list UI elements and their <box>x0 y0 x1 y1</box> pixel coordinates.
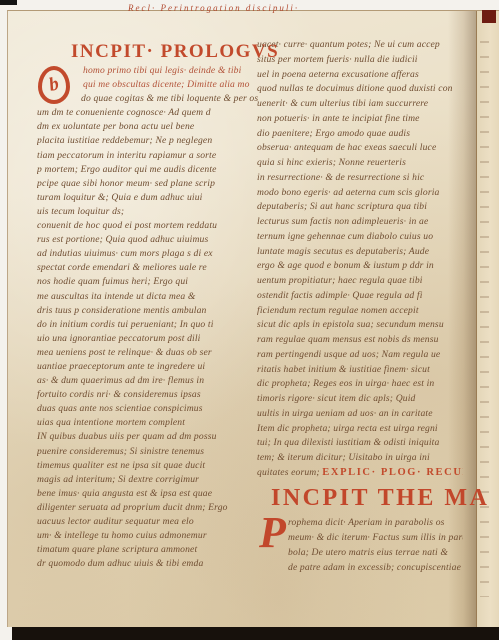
text-line: deputaberis; Si aut hanc scriptura qua t… <box>257 200 463 215</box>
text-line: uio una ignorantiae peccatorum post dili <box>37 332 261 346</box>
text-line: dio paenitere; Ergo amodo quae audis <box>257 127 463 142</box>
text-line: dic propheta; Reges eos in uirga· haec e… <box>257 377 463 392</box>
text-line: ficiendum rectum regulae nomen accepit <box>257 304 463 319</box>
text-line: uentum propitiatur; haec regula quae tib… <box>257 274 463 289</box>
text-line: duas quas ante nos scientiae conspicimus <box>37 402 261 416</box>
text-line: uis tecum loquitur ds; <box>37 205 261 219</box>
text-line: timatum quare plane scriptura ammonet <box>37 543 261 557</box>
text-line: ram regulae quam mensus est nobis ds men… <box>257 333 463 348</box>
text-line: sicut dic apls in epistola sua; secundum… <box>257 318 463 333</box>
text-line: placita iustitiae reddebemur; Ne p negle… <box>37 134 261 148</box>
right-text-column: uacet· curre· quantum potes; Ne ui cum a… <box>257 38 463 575</box>
prologue-heading: INCPIT· PROLOGVS <box>71 40 261 64</box>
text-line: me auscultas ita intende ut dicta mea & <box>37 290 261 304</box>
text-line: qui me obscultas dicente; Dimitte alia m… <box>37 78 261 92</box>
text-line: dr quomodo dum adhuc uiuis & tibi emda <box>37 557 261 571</box>
text-line: bene imus· quia angusta est & ipsa est q… <box>37 487 261 501</box>
text-line: ternum igne gehennae cum diabolo cuius u… <box>257 230 463 245</box>
text-line: tiam peccatorum in interitu rapiamur a s… <box>37 149 261 163</box>
text-line: dris tuus p consideratione mentis ambula… <box>37 304 261 318</box>
text-line: spectat corde emendari & meliores uale r… <box>37 261 261 275</box>
text-line: as· & dum quaerimus ad dm ire· flemus in <box>37 374 261 388</box>
text-line: diligenter seruata ad proprium ducit dnm… <box>37 501 261 515</box>
thema-heading: INCPIT THE MA <box>271 483 463 513</box>
corner-mark-top-right <box>482 10 496 23</box>
text-line: uultis in uirga ueniam ad uos· an in car… <box>257 407 463 422</box>
text-line: bola; De utero matris eius terrae nati & <box>257 545 463 560</box>
text-line: magis ad interitum; Si dextre corrigimur <box>37 473 261 487</box>
text-line: homo primo tibi qui legis· deinde & tibi <box>37 64 261 78</box>
text-line: dm ex uoluntate per bona actu uel bene <box>37 120 261 134</box>
text-line: de patre adam in excessib; concupiscenti… <box>257 560 463 575</box>
initial-o-ornament: b <box>38 66 70 104</box>
explicit-rubric: EXPLIC· PLOG· RECULE <box>322 467 463 478</box>
text-line: nos hodie quam fuimus heri; Ergo qui <box>37 275 261 289</box>
text-line: mea ueniens post te relinque· & duas ob … <box>37 346 261 360</box>
text-line: obserua· antequam de hac exeas saeculi l… <box>257 141 463 156</box>
text-line: tui; In qua dilexisti iustitiam & odisti… <box>257 436 463 451</box>
text-line: ritatis habet initium & iustitiae finem·… <box>257 363 463 378</box>
bottom-photo-edge <box>12 627 499 640</box>
text-line: puenire consideremus; Si sinistre tenemu… <box>37 445 261 459</box>
text-line: ostendit factis adimple· Quae regula ad … <box>257 289 463 304</box>
text-line: modo bono egeris· ad aeterna cum scis gl… <box>257 186 463 201</box>
text-line: timemus qualiter est ne ipsa sit quae du… <box>37 459 261 473</box>
prologue-text-left: homo primo tibi qui legis· deinde & tibi… <box>37 64 261 571</box>
text-line: p mortem; Ergo auditor qui me audis dice… <box>37 163 261 177</box>
text-line: uacuus lector auditur sequatur mea elo <box>37 515 261 529</box>
text-line: ram pertingendi usque ad uos; Nam regula… <box>257 348 463 363</box>
facing-page-edge <box>477 11 499 627</box>
text-line: um dm te conueniente cognosce· Ad quem d <box>37 106 261 120</box>
initial-p-ornament: P <box>259 511 286 555</box>
text-line: rophета dicit· Aperiam in parabolis os <box>257 515 463 530</box>
explicit-prefix-text: quitates eorum; <box>257 467 322 478</box>
text-line: do quae cogitas & me tibi loquente & per… <box>37 92 261 106</box>
text-line: IN quibus duabus uiis per quam ad dm pos… <box>37 430 261 444</box>
text-line: uias qua intentione mortem complent <box>37 416 261 430</box>
text-line: lecturus sum factis non adimpleueris· in… <box>257 215 463 230</box>
text-line: uacet· curre· quantum potes; Ne ui cum a… <box>257 38 463 53</box>
text-line: ergo & age quod e bonum & iustum p ddr i… <box>257 259 463 274</box>
thema-block: P rophета dicit· Aperiam in parabolis os… <box>257 515 463 576</box>
text-line: luntate magis secutus es deputaberis; Au… <box>257 245 463 260</box>
text-line: pcipe quae sibi honor meum· sed plane sc… <box>37 177 261 191</box>
text-line: uel in poena aeterna excusatione afferas <box>257 68 463 83</box>
text-line: uantiae praeceptorum ante te ingredere u… <box>37 360 261 374</box>
text-line: uenerit· & cum ulterius tibi iam succurr… <box>257 97 463 112</box>
initial-o-monogram: b <box>39 68 70 103</box>
left-text-column: INCPIT· PROLOGVS b homo primo tibi qui l… <box>37 40 261 571</box>
text-line: situs per mortem fueris· nulla die iudic… <box>257 53 463 68</box>
text-line: turam loquitur &; Quia e dum adhuc uiui <box>37 191 261 205</box>
text-line: conuenit de hoc quod ei post mortem redd… <box>37 219 261 233</box>
text-line: Item dic propheta; uirga recta est uirga… <box>257 422 463 437</box>
page-background: Recl· Perintrogation discipuli· INCPIT· … <box>0 0 499 640</box>
text-line: tem; & iterum dicitur; Uisitabo in uirga… <box>257 451 463 466</box>
explicit-line: quitates eorum; EXPLIC· PLOG· RECULE <box>257 466 463 481</box>
text-line: non potueris· in ante te incipiat fine t… <box>257 112 463 127</box>
text-line: quia si hinc exieris; Nonne reuerteris <box>257 156 463 171</box>
prologue-text-right: uacet· curre· quantum potes; Ne ui cum a… <box>257 38 463 466</box>
text-line: meum· & dic iterum· Factus sum illis in … <box>257 530 463 545</box>
text-line: quod nullas te docuimus ditione quod dux… <box>257 82 463 97</box>
text-line: ad indutias uiuimus· cum mors plaga s di… <box>37 247 261 261</box>
text-line: um· & intellege tu homo cuius admonemur <box>37 529 261 543</box>
text-line: rus est portione; Quia quod adhuc uiuimu… <box>37 233 261 247</box>
text-line: do in initium cordis tui perueniant; In … <box>37 318 261 332</box>
text-line: timoris rigore· sicut item dic apls; Qui… <box>257 392 463 407</box>
facing-page-text-fragments <box>480 41 489 597</box>
corner-mark-top-left <box>0 0 17 5</box>
thema-text: rophета dicit· Aperiam in parabolis osme… <box>257 515 463 576</box>
top-inscription: Recl· Perintrogation discipuli· <box>128 3 388 13</box>
text-line: in resurrectione· & de resurrectione si … <box>257 171 463 186</box>
text-line: fortuito cordis nri· & consideremus ipsa… <box>37 388 261 402</box>
